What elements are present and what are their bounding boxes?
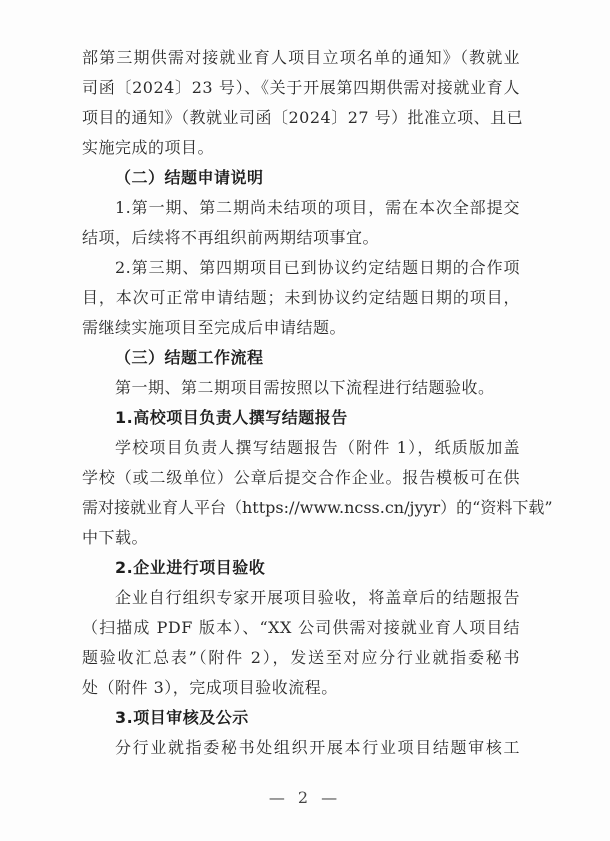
text-line: 实施完成的项目。 [82, 133, 520, 163]
text-line: 学校（或二级单位）公章后提交合作企业。报告模板可在供 [82, 463, 520, 493]
document-page: 部第三期供需对接就业育人项目立项名单的通知》（教就业 司函〔2024〕23 号）… [0, 0, 610, 841]
page-number: — 2 — [0, 786, 610, 810]
text-line: 部第三期供需对接就业育人项目立项名单的通知》（教就业 [82, 43, 520, 73]
subsection-heading: 2.企业进行项目验收 [115, 553, 520, 583]
text-line: 企业自行组织专家开展项目验收，将盖章后的结题报告 [115, 583, 520, 613]
text-line: 第一期、第二期项目需按照以下流程进行结题验收。 [115, 373, 520, 403]
text-line: 2.第三期、第四期项目已到协议约定结题日期的合作项 [115, 253, 520, 283]
text-line: （扫描成 PDF 版本）、“XX 公司供需对接就业育人项目结 [82, 613, 520, 643]
text-line: 处（附件 3），完成项目验收流程。 [82, 673, 520, 703]
subsection-heading: 1.高校项目负责人撰写结题报告 [115, 403, 520, 433]
text-line: 学校项目负责人撰写结题报告（附件 1），纸质版加盖 [115, 433, 520, 463]
text-line: 结项，后续将不再组织前两期结项事宜。 [82, 223, 520, 253]
section-heading: （三）结题工作流程 [115, 343, 520, 373]
text-line: 题验收汇总表”（附件 2），发送至对应分行业就指委秘书 [82, 643, 520, 673]
subsection-heading: 3.项目审核及公示 [115, 703, 520, 733]
text-line: 目，本次可正常申请结题；未到协议约定结题日期的项目， [82, 283, 520, 313]
text-line: 分行业就指委秘书处组织开展本行业项目结题审核工 [115, 733, 520, 763]
text-line-with-link: 需对接就业育人平台（https://www.ncss.cn/jyyr）的“资料下… [82, 493, 520, 523]
text-line: 中下载。 [82, 523, 520, 553]
text-line: 项目的通知》（教就业司函〔2024〕27 号）批准立项、且已 [82, 103, 520, 133]
section-heading: （二）结题申请说明 [115, 163, 520, 193]
text-line: 司函〔2024〕23 号）、《关于开展第四期供需对接就业育人 [82, 73, 520, 103]
text-line: 1.第一期、第二期尚未结项的项目，需在本次全部提交 [115, 193, 520, 223]
text-line: 需继续实施项目至完成后申请结题。 [82, 313, 520, 343]
